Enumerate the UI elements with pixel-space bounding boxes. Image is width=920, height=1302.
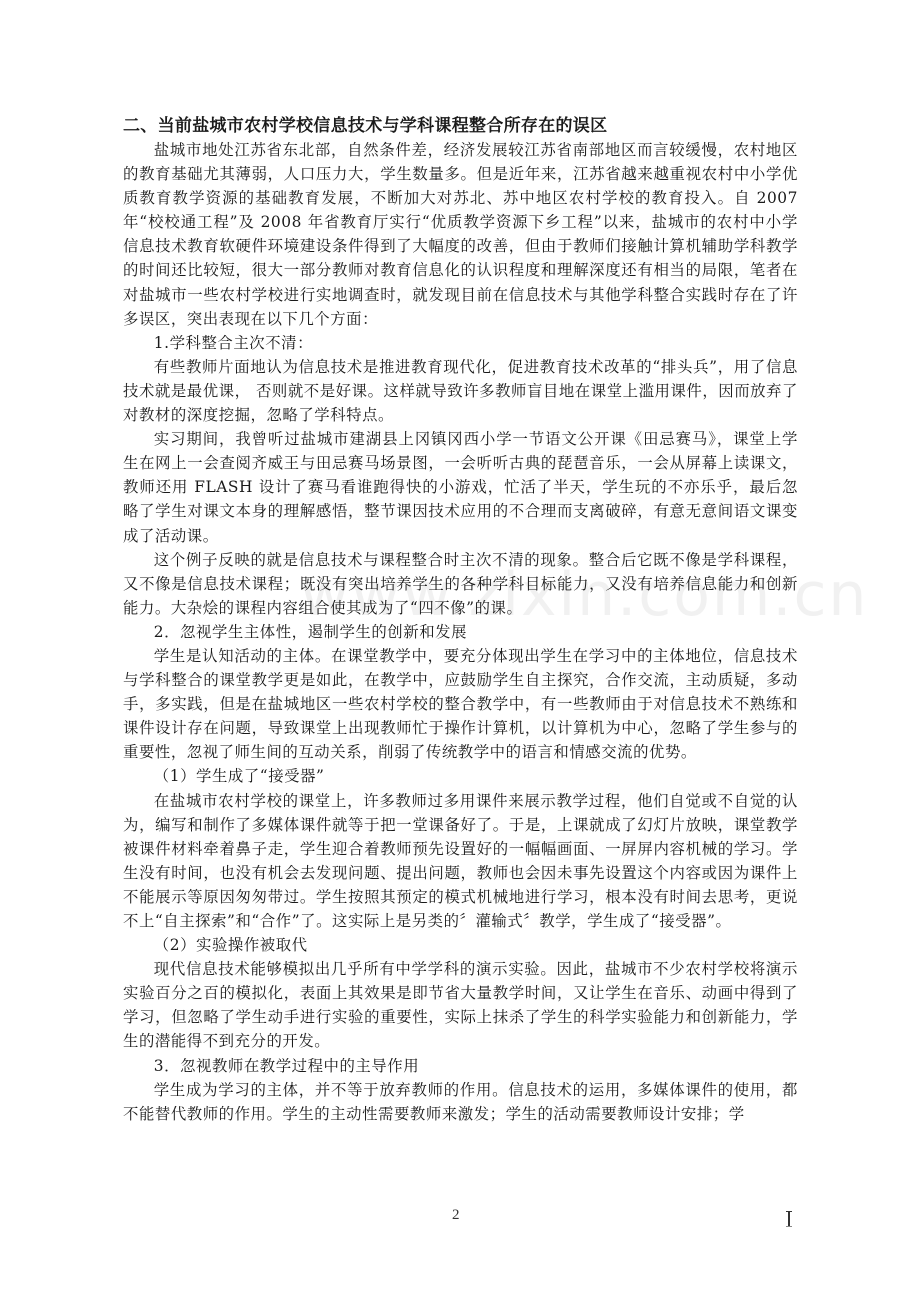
document-page: www.zixin.com.cn 二、当前盐城市农村学校信息技术与学科课程整合所… (0, 0, 920, 1302)
subheading-2-1: （1）学生成了“接受器” (123, 764, 798, 788)
subheading-2-2: （2）实验操作被取代 (123, 933, 798, 957)
paragraph: 这个例子反映的就是信息技术与课程整合时主次不清的现象。整合后它既不像是学科课程，… (123, 548, 798, 620)
paragraph-intro: 盐城市地处江苏省东北部，自然条件差，经济发展较江苏省南部地区而言较缓慢，农村地区… (123, 138, 798, 331)
text-cursor-icon (786, 1211, 792, 1227)
paragraph: 学生成为学习的主体，并不等于放弃教师的作用。信息技术的运用，多媒体课件的使用，都… (123, 1078, 798, 1126)
document-body: 二、当前盐城市农村学校信息技术与学科课程整合所存在的误区 盐城市地处江苏省东北部… (123, 114, 798, 1126)
subheading-3: 3．忽视教师在教学过程中的主导作用 (123, 1054, 798, 1078)
paragraph-example: 实习期间，我曾听过盐城市建湖县上冈镇冈西小学一节语文公开课《田忌赛马》，课堂上学… (123, 427, 798, 547)
section-title: 二、当前盐城市农村学校信息技术与学科课程整合所存在的误区 (123, 114, 798, 138)
paragraph: 有些教师片面地认为信息技术是推进教育现代化，促进教育技术改革的“排头兵”，用了信… (123, 355, 798, 427)
paragraph: 在盐城市农村学校的课堂上，许多教师过多用课件来展示教学过程，他们自觉或不自觉的认… (123, 789, 798, 934)
cursor-stem (788, 1212, 790, 1226)
subheading-1: 1.学科整合主次不清： (123, 331, 798, 355)
subheading-2: 2．忽视学生主体性，遏制学生的创新和发展 (123, 620, 798, 644)
paragraph: 学生是认知活动的主体。在课堂教学中，要充分体现出学生在学习中的主体地位，信息技术… (123, 644, 798, 764)
cursor-cap-bottom (786, 1226, 792, 1227)
page-number: 2 (452, 1207, 460, 1224)
paragraph: 现代信息技术能够模拟出几乎所有中学学科的演示实验。因此，盐城市不少农村学校将演示… (123, 957, 798, 1053)
